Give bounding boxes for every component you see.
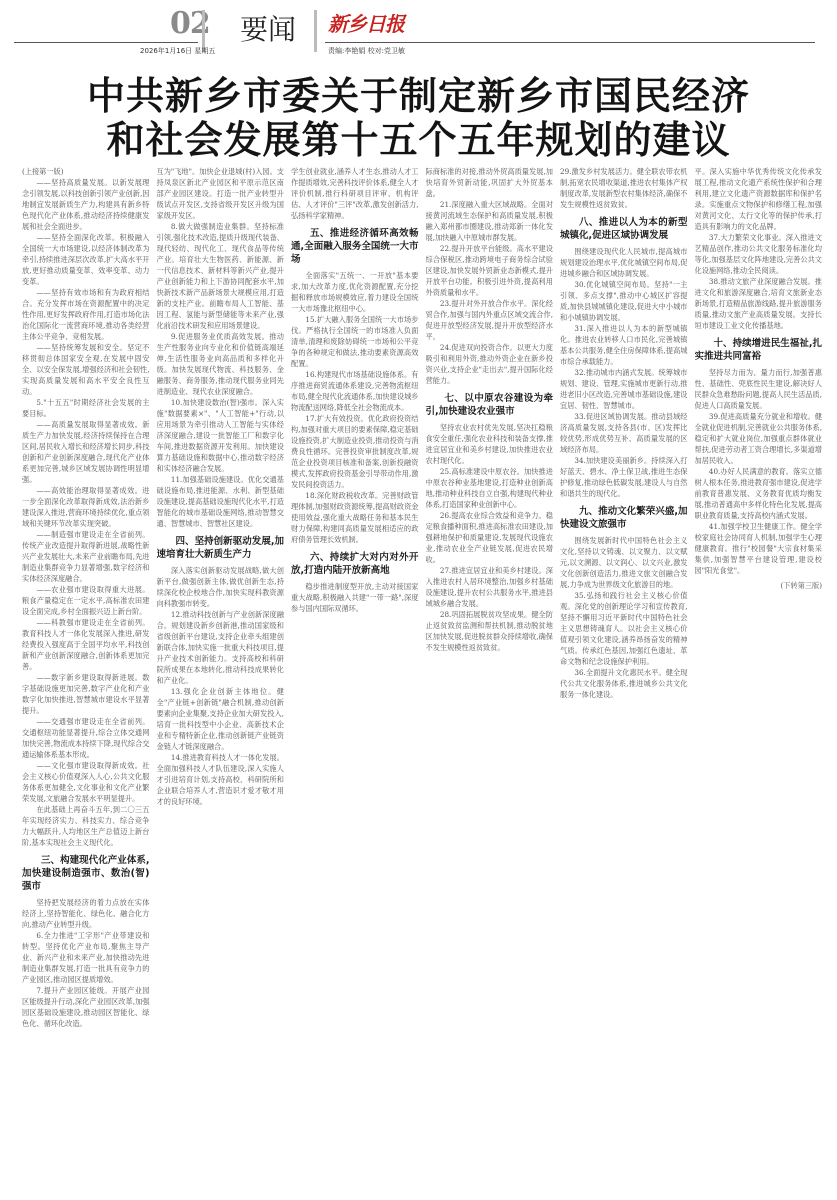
section-heading: 四、坚持创新驱动发展,加速培育壮大新质生产力	[157, 535, 285, 561]
continuation-note: (下转第三版)	[695, 580, 823, 591]
masthead-rule-left	[14, 42, 198, 43]
paragraph: 13.强化企业创新主体地位。健全"产业链+创新链"融合机制,推动创新要素向企业集…	[157, 686, 285, 752]
paragraph: 际商标准的对接,推动外贸高质量发展,加快培育外贸新动能,巩固扩大外贸基本盘。	[426, 166, 554, 199]
paragraph: 16.构建现代市场基础设施体系。有序推进商贸流通体系建设,完善物流枢纽布局,健全…	[291, 369, 419, 413]
masthead: 02 要闻 2026年1月16日 星期五 新乡日报 责编:李艳娟 校对:党卫敏	[0, 0, 837, 62]
paragraph: ——农业强市建设取得重大进展。粮食产量稳定在一定水平,高标准农田建设全面完成,乡…	[22, 584, 150, 617]
section-heading: 八、推进以人为本的新型城镇化,促进区域协调发展	[560, 216, 688, 242]
paragraph: 全面落实"五统一、一开放"基本要求,加大改革力度,优化资源配置,充分挖掘和释放市…	[291, 270, 419, 314]
paragraph: 36.全面提升文化惠民水平。健全现代公共文化服务体系,推进城乡公共文化服务一体化…	[560, 667, 688, 700]
paragraph: 围绕建设现代化人民城市,提高城市规划建设治理水平,优化城镇空间布局,促进城乡融合…	[560, 246, 688, 279]
paragraph: 7.提升产业园区能级。开展产业园区能级提升行动,深化产业园区改革,加强园区基础设…	[22, 985, 150, 1029]
paragraph: 坚持尽力而为、量力而行,加强普惠性、基础性、兜底性民生建设,解决好人民群众急难愁…	[695, 367, 823, 411]
text-column: (上接第一版)——坚持高质量发展。以新发展理念引领发展,以科技创新引领产业创新,…	[22, 166, 150, 1196]
text-column: 学生创业就业,涵养人才生态,推动人才工作提质增效,完善科技评价体系,健全人才评价…	[291, 166, 419, 1196]
paragraph: 21.深度融入重大区域战略。全面对接黄河流域生态保护和高质量发展,积极融入郑州都…	[426, 199, 554, 243]
paragraph: 37.大力繁荣文化事业。深入推进文艺精品创作,推动公共文化服务标准化均等化,加强…	[695, 232, 823, 276]
paragraph: ——高质量发展取得显著成效。新质生产力加快发展,经济持续保持在合理区间,居民收入…	[22, 419, 150, 485]
section-heading: 六、持续扩大对内对外开放,打造内陆开放新高地	[291, 551, 419, 577]
paragraph: 坚持把发展经济的着力点放在实体经济上,坚持智能化、绿色化、融合化方向,推动产业转…	[22, 897, 150, 930]
newspaper-logo: 新乡日报	[328, 8, 404, 37]
paragraph: 30.优化城镇空间布局。坚持"一主引领、多点支撑",推动中心城区扩容提质,加快县…	[560, 279, 688, 323]
paragraph: ——交通强市建设走在全省前列。交通枢纽功能显著提升,综合立体交通网加快完善,物流…	[22, 716, 150, 760]
paragraph: 25.高标准建设中原农谷。加快推进中原农谷种业基地建设,打造种业创新高地,推动种…	[426, 466, 554, 510]
text-column: 互为"飞地"。加快企业退城(村)入园。支持凤泉区新北产业园区和平原示范区南部产业…	[157, 166, 285, 1196]
paragraph: 平。深入实施中华优秀传统文化传承发展工程,推动文化遗产系统性保护和合理利用,建立…	[695, 166, 823, 232]
issue-date: 2026年1月16日 星期五	[140, 46, 215, 56]
paragraph: 23.提升对外开放合作水平。深化经贸合作,加强与国内外重点区域交流合作,促进开放…	[426, 298, 554, 342]
paragraph: 10.加快建设数治(智)强市。深入实施"数据要素×"、"人工智能+"行动,以应用…	[157, 397, 285, 474]
paragraph: 24.促进双向投资合作。以更大力度吸引和利用外资,推动外资企业在新乡投资兴业,支…	[426, 342, 554, 386]
section-heading: 十、持续增进民生福祉,扎实推进共同富裕	[695, 337, 823, 363]
section-heading: 五、推进经济循环高效畅通,全面融入服务全国统一大市场	[291, 227, 419, 266]
paragraph: ——坚持全面深化改革。积极融入全国统一大市场建设,以经济体制改革为牵引,持续推进…	[22, 232, 150, 287]
paragraph: 互为"飞地"。加快企业退城(村)入园。支持凤泉区新北产业园区和平原示范区南部产业…	[157, 166, 285, 221]
paragraph: 38.推动文旅产业深度融合发展。推进文化和旅游深度融合,培育文旅新业态新场景,打…	[695, 276, 823, 331]
headline-line-2: 和社会发展第十五个五年规划的建议	[0, 118, 837, 162]
paragraph: ——科教强市建设走在全省前列。教育科技人才一体化发展深入推进,研发经费投入强度高…	[22, 617, 150, 672]
paragraph: ——数字新乡建设取得新进展。数字基础设施更加完善,数字产业化和产业数字化加快推进…	[22, 672, 150, 716]
paragraph: 28.巩固拓展脱贫攻坚成果。健全防止返贫致贫监测和帮扶机制,推动脱贫地区加快发展…	[426, 609, 554, 653]
paragraph: 31.深入推进以人为本的新型城镇化。推进农业转移人口市民化,完善城镇基本公共服务…	[560, 323, 688, 367]
headline-line-1: 中共新乡市委关于制定新乡市国民经济	[0, 74, 837, 118]
paragraph: 稳步推进制度型开放,主动对接国家重大战略,积极融入共建"一带一路",深度参与国内…	[291, 581, 419, 614]
paragraph: 5."十五五"时期经济社会发展的主要目标。	[22, 397, 150, 419]
text-column: 际商标准的对接,推动外贸高质量发展,加快培育外贸新动能,巩固扩大外贸基本盘。21…	[426, 166, 554, 1196]
paragraph: 9.促进服务业优质高效发展。推动生产性服务业向专业化和价值链高端延伸,生活性服务…	[157, 331, 285, 397]
paragraph: 32.推动城市内涵式发展。统筹城市规划、建设、管理,实施城市更新行动,推进老旧小…	[560, 367, 688, 411]
paragraph: 35.弘扬和践行社会主义核心价值观。深化党的创新理论学习和宣传教育,坚持不懈用习…	[560, 590, 688, 667]
paragraph: 29.激发乡村发展活力。健全联农带农机制,拓宽农民增收渠道,推进农村集体产权制度…	[560, 166, 688, 210]
paragraph: 33.促进区域协调发展。推动县域经济高质量发展,支持各县(市、区)发挥比较优势,…	[560, 411, 688, 455]
paragraph: 8.做大做强制造业集群。坚持标准引领,强化技术改造,提质升级现代装备、现代轻纺、…	[157, 221, 285, 331]
article-headline: 中共新乡市委关于制定新乡市国民经济 和社会发展第十五个五年规划的建议	[0, 74, 837, 162]
paragraph: 坚持农业农村优先发展,坚决扛稳粮食安全重任,强化农业科技和装备支撑,推进宜居宜业…	[426, 422, 554, 466]
paragraph: 围绕发展新时代中国特色社会主义文化,坚持以文铸魂、以文聚力、以文赋元,以文溯源、…	[560, 535, 688, 590]
paragraph: 17.扩大有效投资。优化政府投资结构,加强对重大项目的要素保障,稳定基础设施投资…	[291, 413, 419, 490]
paragraph: 15.扩大融入服务全国统一大市场步伐。严格执行全国统一的市场准入负面清单,清理和…	[291, 314, 419, 369]
text-column: 29.激发乡村发展活力。健全联农带农机制,拓宽农民增收渠道,推进农村集体产权制度…	[560, 166, 688, 1196]
paragraph: ——坚持有效市场和有为政府相结合。充分发挥市场在资源配置中的决定性作用,更好发挥…	[22, 287, 150, 342]
section-heading: 九、推动文化繁荣兴盛,加快建设文旅强市	[560, 505, 688, 531]
editor-credits: 责编:李艳娟 校对:党卫敏	[328, 46, 405, 56]
paragraph: 41.加强学校卫生健康工作。健全学校家庭社会协同育人机制,加强学生心理健康教育。…	[695, 521, 823, 576]
masthead-divider-right	[314, 10, 317, 52]
paragraph: ——高效能治理取得显著成效。进一步全面深化改革取得新成效,法治新乡建设深入推进,…	[22, 485, 150, 529]
paragraph: 11.加强基础设施建设。优化交通基础设施布局,推进能源、水利、新型基础设施建设,…	[157, 474, 285, 529]
paragraph: 22.提升开放平台能级。高水平建设综合保税区,推动跨境电子商务综合试验区建设,加…	[426, 243, 554, 298]
paragraph: 14.推进教育科技人才一体化发展。全面加强科技人才队伍建设,深入实施人才引进培育…	[157, 752, 285, 807]
paragraph: ——文化强市建设取得新成效。社会主义核心价值观深入人心,公共文化服务体系更加健全…	[22, 760, 150, 804]
paragraph: ——坚持统筹发展和安全。坚定不移贯彻总体国家安全观,在发展中固安全、以安全保发展…	[22, 342, 150, 397]
paragraph: ——坚持高质量发展。以新发展理念引领发展,以科技创新引领产业创新,因地制宜发展新…	[22, 177, 150, 232]
paragraph: 6.全力推进"工字形"产业带建设和转型。坚持优化产业布局,聚焦主导产业、新兴产业…	[22, 930, 150, 985]
section-heading: 三、构建现代化产业体系,加快建设制造强市、数治(智)强市	[22, 854, 150, 893]
paragraph: 18.深化财政税收改革。完善财政管理体制,加强财政资源统筹,提高财政资金使用效益…	[291, 490, 419, 545]
paragraph: 在此基础上再奋斗五年,到二〇三五年实现经济实力、科技实力、综合竞争力大幅跃升,人…	[22, 804, 150, 848]
paragraph: ——制造强市建设走在全省前列。传统产业改造提升取得新进展,战略性新兴产业发展壮大…	[22, 529, 150, 584]
paragraph: 27.推进宜居宜业和美乡村建设。深入推进农村人居环境整治,加强乡村基础设施建设,…	[426, 565, 554, 609]
paragraph: 39.促进高质量充分就业和增收。健全就业促进机制,完善就业公共服务体系,稳定和扩…	[695, 411, 823, 466]
text-column: 平。深入实施中华优秀传统文化传承发展工程,推动文化遗产系统性保护和合理利用,建立…	[695, 166, 823, 1196]
paragraph: 学生创业就业,涵养人才生态,推动人才工作提质增效,完善科技评价体系,健全人才评价…	[291, 166, 419, 221]
article-body: (上接第一版)——坚持高质量发展。以新发展理念引领发展,以科技创新引领产业创新,…	[22, 166, 822, 1196]
section-title: 要闻	[240, 8, 296, 48]
paragraph: (上接第一版)	[22, 166, 150, 177]
masthead-rule-right	[325, 42, 815, 43]
paragraph: 26.提高农业综合效益和竞争力。稳定粮食播种面积,推进高标准农田建设,加强耕地保…	[426, 510, 554, 565]
paragraph: 34.加快建设美丽新乡。持续深入打好蓝天、碧水、净土保卫战,推进生态保护修复,推…	[560, 455, 688, 499]
paragraph: 40.办好人民满意的教育。落实立德树人根本任务,推进教育强市建设,促进学前教育普…	[695, 466, 823, 521]
section-heading: 七、以中原农谷建设为牵引,加快建设农业强市	[426, 392, 554, 418]
paragraph: 12.推动科技创新与产业创新深度融合。规划建设新乡创新港,推动国家级和省级创新平…	[157, 609, 285, 686]
paragraph: 深入落实创新驱动发展战略,做大创新平台,做强创新主体,做优创新生态,持续深化校企…	[157, 565, 285, 609]
